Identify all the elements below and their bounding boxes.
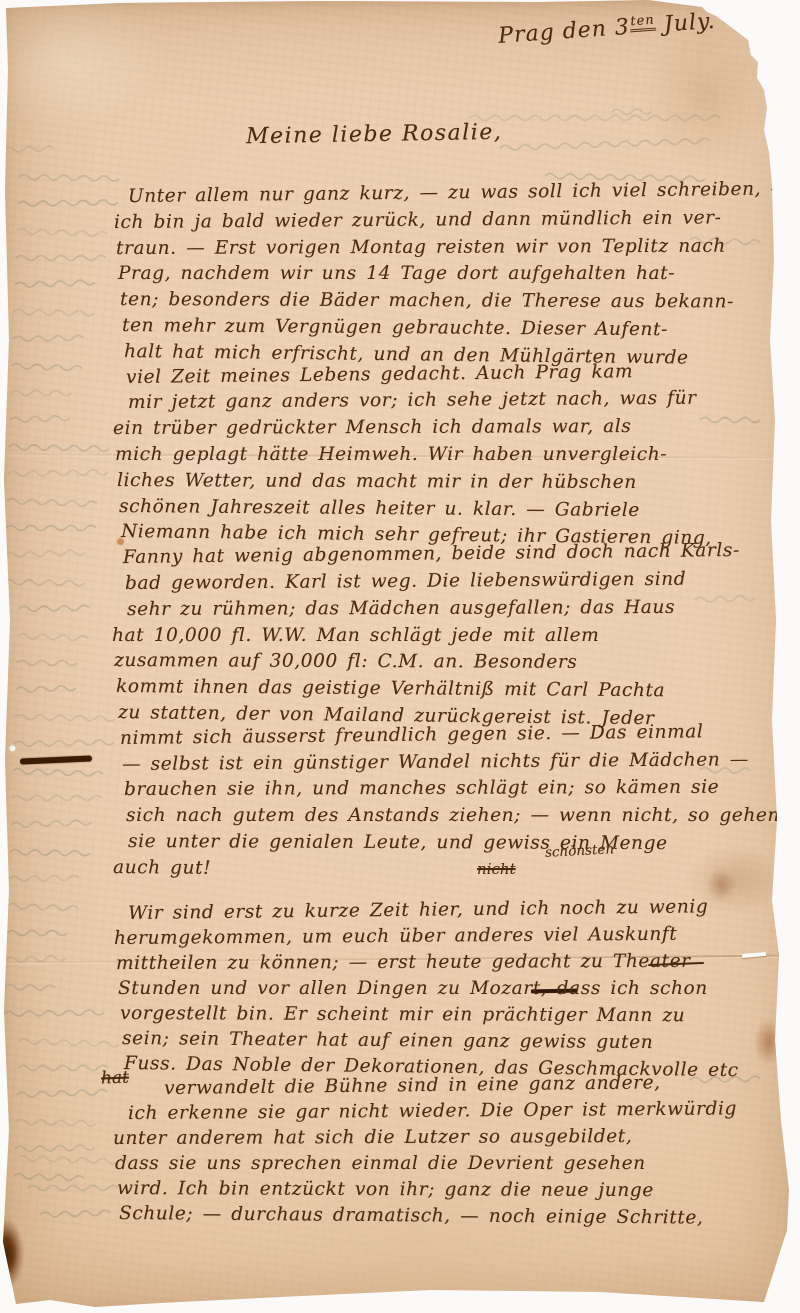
bleedthrough-line <box>17 1089 107 1097</box>
letter-line: Schule; — durchaus dramatisch, — noch ei… <box>119 1201 752 1231</box>
letter-line: sehr zu rühmen; das Mädchen ausgefallen;… <box>127 594 752 622</box>
letter-line: ten; besonders die Bäder machen, die The… <box>120 287 752 315</box>
bleedthrough-line <box>8 904 78 911</box>
bleedthrough-line <box>17 661 77 666</box>
bleedthrough-line <box>19 175 119 182</box>
stain-right-edge <box>752 1016 786 1068</box>
bleedthrough-line <box>13 335 83 341</box>
bleedthrough-line <box>4 1010 104 1017</box>
letter-line: mir jetzt ganz anders vor; ich sehe jetz… <box>128 386 752 417</box>
letter-line: traun. — Erst vorigen Montag reisten wir… <box>116 233 752 261</box>
bleedthrough-line <box>15 280 95 288</box>
bleedthrough-line <box>9 445 109 452</box>
salutation: Meine liebe Rosalie, <box>246 120 503 149</box>
bleedthrough-line <box>17 229 107 237</box>
bleedthrough-line <box>14 1174 84 1181</box>
letter-line: Stunden und vor allen Dingen zu Mozart, … <box>118 976 752 1001</box>
bleedthrough-line <box>5 550 85 558</box>
bleedthrough-line <box>11 391 71 396</box>
bleedthrough-line <box>12 796 102 801</box>
bleedthrough-line <box>13 769 103 777</box>
letter-line: ten mehr zum Vergnügen gebrauchte. Diese… <box>122 313 752 344</box>
bleedthrough-line <box>19 605 89 611</box>
bleedthrough-line <box>6 526 96 531</box>
bleedthrough-line <box>16 1120 96 1126</box>
bleedthrough-line <box>14 310 94 316</box>
bleedthrough-line <box>11 820 91 828</box>
letter-line: dass sie uns sprechen einmal die Devrien… <box>115 1151 752 1176</box>
letter-line: sie unter die genialen Leute, und gewiss… <box>128 829 752 857</box>
bleedthrough-line <box>10 850 90 856</box>
bleedthrough-line <box>7 931 67 936</box>
bleedthrough-line <box>5 985 55 991</box>
bleedthrough-line <box>612 109 652 115</box>
letter-line: — selbst ist ein günstiger Wandel nichts… <box>122 747 752 778</box>
letter-line: auch gut! <box>113 855 752 886</box>
dateline-month: July. <box>655 9 716 38</box>
letter-line: ein trüber gedrückter Mensch ich damals … <box>113 414 752 442</box>
bleedthrough-line <box>18 634 88 641</box>
letter-line: zusammen auf 30,000 fl: C.M. an. Besonde… <box>114 648 752 676</box>
letter-scan: Prag den 3ten July. Meine liebe Rosalie,… <box>0 0 800 1313</box>
letter-line: mich geplagt hätte Heimweh. Wir haben un… <box>115 442 752 468</box>
bleedthrough-line <box>500 138 710 150</box>
dateline-superscript: ten <box>629 13 656 33</box>
letter-line: sich nach gutem des Anstands ziehen; — w… <box>126 803 752 829</box>
letter-line: unter anderem hat sich die Lutzer so aus… <box>113 1124 752 1151</box>
bleedthrough-line <box>7 499 97 507</box>
paragraph-2: Wir sind erst zu kurze Zeit hier, und ic… <box>112 901 752 1226</box>
bleedthrough-line <box>15 1145 95 1151</box>
letter-line: herumgekommen, um euch über anderes viel… <box>114 921 752 951</box>
bleedthrough-line <box>18 200 118 207</box>
bleedthrough-line <box>19 1039 119 1047</box>
bleedthrough-line <box>470 116 720 121</box>
bleedthrough-line <box>16 256 106 261</box>
bleedthrough-line <box>15 715 115 722</box>
bleedthrough-line <box>18 1066 108 1071</box>
bleedthrough-line <box>28 1186 118 1191</box>
bleedthrough-line <box>10 415 70 422</box>
bleedthrough-line <box>4 580 84 586</box>
paper-hole <box>8 744 17 753</box>
bleedthrough-line <box>9 875 79 881</box>
letter-line: Prag, nachdem wir uns 14 Tage dort aufge… <box>118 261 752 287</box>
letter-line: brauchen sie ihn, und manches schlägt ei… <box>124 775 752 803</box>
letter-line: mittheilen zu können; — erst heute gedac… <box>116 949 752 976</box>
letter-paper: Prag den 3ten July. Meine liebe Rosalie,… <box>0 0 800 1313</box>
paragraph-1: Unter allem nur ganz kurz, — zu was soll… <box>112 184 752 881</box>
bleedthrough-line <box>14 740 114 747</box>
letter-line: ich erkenne sie gar nicht wieder. Die Op… <box>128 1096 752 1126</box>
bleedthrough-line <box>16 685 76 692</box>
letter-line: wird. Ich bin entzückt von ihr; ganz die… <box>117 1176 752 1203</box>
letter-line: bad geworden. Karl ist weg. Die liebensw… <box>125 566 752 597</box>
bleedthrough-line <box>12 364 82 371</box>
letter-line: liches Wetter, und das macht mir in der … <box>117 468 752 496</box>
correction-strikethrough: nicht <box>477 860 516 878</box>
bleedthrough-line <box>40 1210 110 1217</box>
bleedthrough-line <box>8 470 108 477</box>
letter-line: vorgestellt bin. Er scheint mir ein präc… <box>120 1001 752 1028</box>
letter-line: hat 10,000 fl. W.W. Man schlägt jede mit… <box>112 623 752 649</box>
correction-strikethrough: hat <box>101 1068 130 1089</box>
letter-line: ich bin ja bald wieder zurück, und dann … <box>114 205 752 236</box>
bleedthrough-line <box>4 146 54 153</box>
